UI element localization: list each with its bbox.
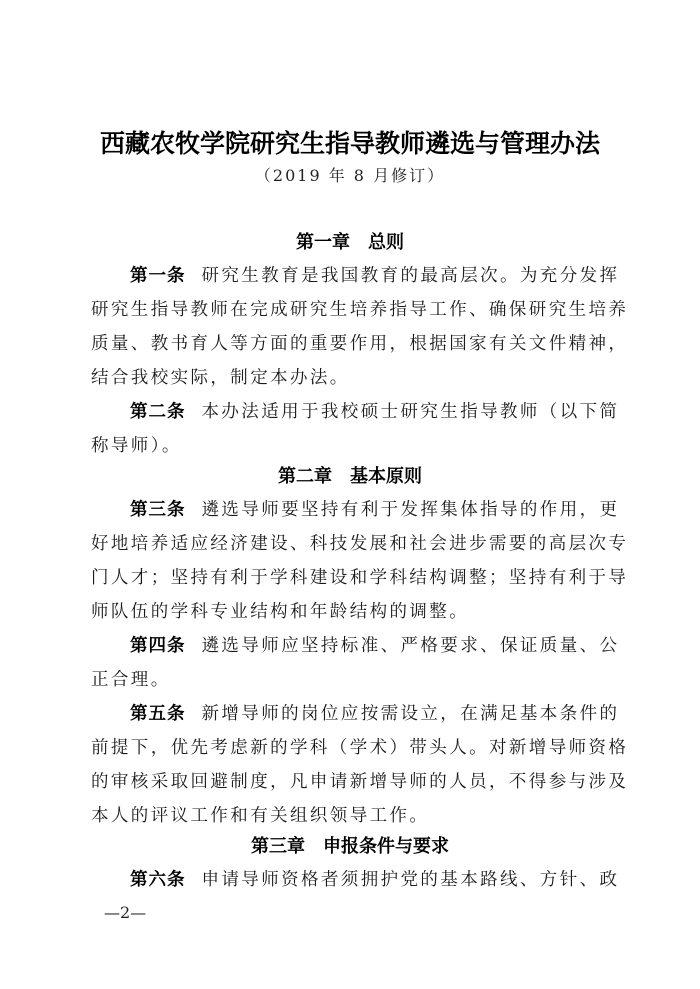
article-3-line-2: 好地培养适应经济建设、科技发展和社会进步需要的高层次专	[91, 530, 621, 555]
article-text: 新增导师的岗位应按需设立，在满足基本条件的	[202, 704, 620, 724]
article-5-line-2: 前提下，优先考虑新的学科（学术）带头人。对新增导师资格	[91, 734, 621, 759]
chapter-heading-3: 第三章 申报条件与要求	[0, 832, 700, 858]
article-3-line-4: 师队伍的学科专业结构和年龄结构的调整。	[91, 598, 621, 623]
article-label: 第一条	[130, 266, 186, 286]
article-text: 研究生教育是我国教育的最高层次。为充分发挥	[202, 266, 620, 286]
article-5-line-4: 本人的评议工作和有关组织领导工作。	[91, 802, 621, 827]
article-3-line-3: 门人才；坚持有利于学科建设和学科结构调整；坚持有利于导	[91, 564, 621, 589]
document-title: 西藏农牧学院研究生指导教师遴选与管理办法	[0, 124, 700, 160]
article-1-line-3: 质量、教书育人等方面的重要作用，根据国家有关文件精神，	[91, 330, 621, 355]
article-text: 本办法适用于我校硕士研究生指导教师（以下简	[202, 402, 620, 422]
article-2-line-2: 称导师）。	[91, 432, 621, 457]
article-1-line-1: 第一条研究生教育是我国教育的最高层次。为充分发挥	[130, 262, 660, 287]
chapter-heading-1: 第一章 总则	[0, 228, 700, 254]
article-label: 第三条	[130, 500, 186, 520]
article-4-line-1: 第四条遴选导师应坚持标准、严格要求、保证质量、公	[130, 632, 660, 657]
document-page: 西藏农牧学院研究生指导教师遴选与管理办法 （2019 年 8 月修订） 第一章 …	[0, 0, 700, 989]
article-text: 遴选导师应坚持标准、严格要求、保证质量、公	[202, 636, 620, 656]
article-6-line-1: 第六条申请导师资格者须拥护党的基本路线、方针、政	[130, 866, 660, 891]
article-text: 申请导师资格者须拥护党的基本路线、方针、政	[202, 870, 620, 890]
article-5-line-1: 第五条新增导师的岗位应按需设立，在满足基本条件的	[130, 700, 660, 725]
article-label: 第四条	[130, 636, 186, 656]
article-label: 第六条	[130, 870, 186, 890]
article-1-line-2: 研究生指导教师在完成研究生培养指导工作、确保研究生培养	[91, 296, 621, 321]
article-4-line-2: 正合理。	[91, 666, 621, 691]
article-label: 第二条	[130, 402, 186, 422]
document-subtitle: （2019 年 8 月修订）	[0, 163, 700, 186]
article-label: 第五条	[130, 704, 186, 724]
article-5-line-3: 的审核采取回避制度，凡申请新增导师的人员，不得参与涉及	[91, 768, 621, 793]
article-1-line-4: 结合我校实际，制定本办法。	[91, 364, 621, 389]
chapter-heading-2: 第二章 基本原则	[0, 462, 700, 488]
page-number: —2—	[104, 903, 146, 922]
article-2-line-1: 第二条本办法适用于我校硕士研究生指导教师（以下简	[130, 398, 660, 423]
article-3-line-1: 第三条遴选导师要坚持有利于发挥集体指导的作用，更	[130, 496, 660, 521]
article-text: 遴选导师要坚持有利于发挥集体指导的作用，更	[202, 500, 620, 520]
